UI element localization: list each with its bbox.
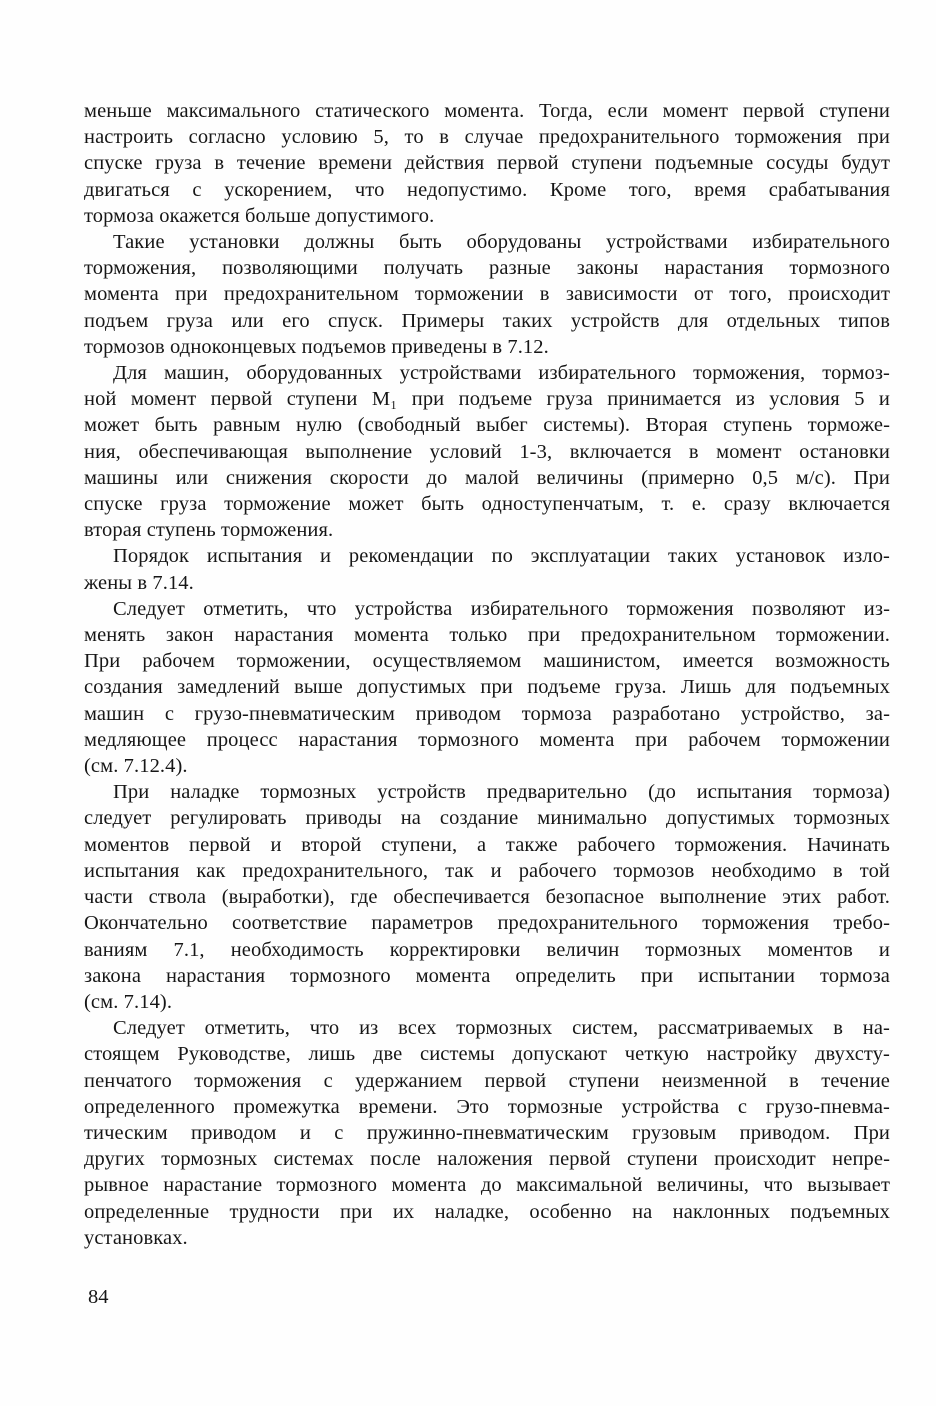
text-line: (см. 7.12.4). bbox=[84, 753, 890, 779]
text-line: тическим приводом и с пружинно-пневматич… bbox=[84, 1120, 890, 1146]
paragraph: Для машин, оборудованных устройствами из… bbox=[84, 360, 890, 543]
text-line: жены в 7.14. bbox=[84, 570, 890, 596]
text-line: Такие установки должны быть оборудованы … bbox=[84, 229, 890, 255]
text-line: спуске груза торможение может быть однос… bbox=[84, 491, 890, 517]
text-line: меньше максимального статического момент… bbox=[84, 98, 890, 124]
text-line: Следует отметить, что из всех тормозных … bbox=[84, 1015, 890, 1041]
text-line: испытания как предохранительного, так и … bbox=[84, 858, 890, 884]
text-line: моментов первой и второй ступени, а такж… bbox=[84, 832, 890, 858]
text-line: ной момент первой ступени M₁ при подъеме… bbox=[84, 386, 890, 412]
text-line: При рабочем торможении, осуществляемом м… bbox=[84, 648, 890, 674]
text-line: ния, обеспечивающая выполнение условий 1… bbox=[84, 439, 890, 465]
text-line: стоящем Руководстве, лишь две системы до… bbox=[84, 1041, 890, 1067]
text-line: момента при предохранительном торможении… bbox=[84, 281, 890, 307]
text-line: пенчатого торможения с удержанием первой… bbox=[84, 1068, 890, 1094]
text-line: установках. bbox=[84, 1225, 890, 1251]
paragraph: Следует отметить, что из всех тормозных … bbox=[84, 1015, 890, 1251]
text-line: Для машин, оборудованных устройствами из… bbox=[84, 360, 890, 386]
scanned-document-page: меньше максимального статического момент… bbox=[0, 0, 936, 1406]
text-line: создания замедлений выше допустимых при … bbox=[84, 674, 890, 700]
text-line: Порядок испытания и рекомендации по эксп… bbox=[84, 543, 890, 569]
paragraph: меньше максимального статического момент… bbox=[84, 98, 890, 229]
paragraph: Следует отметить, что устройства избират… bbox=[84, 596, 890, 779]
text-line: подъем груза или его спуск. Примеры таки… bbox=[84, 308, 890, 334]
text-line: Окончательно соответствие параметров пре… bbox=[84, 910, 890, 936]
text-line: Следует отметить, что устройства избират… bbox=[84, 596, 890, 622]
text-line: настроить согласно условию 5, то в случа… bbox=[84, 124, 890, 150]
text-line: следует регулировать приводы на создание… bbox=[84, 805, 890, 831]
text-line: закона нарастания тормозного момента опр… bbox=[84, 963, 890, 989]
text-line: (см. 7.14). bbox=[84, 989, 890, 1015]
paragraph: Порядок испытания и рекомендации по эксп… bbox=[84, 543, 890, 595]
paragraph: Такие установки должны быть оборудованы … bbox=[84, 229, 890, 360]
text-line: ваниям 7.1, необходимость корректировки … bbox=[84, 937, 890, 963]
text-line: других тормозных системах после наложени… bbox=[84, 1146, 890, 1172]
page-number: 84 bbox=[88, 1284, 109, 1310]
text-line: медляющее процесс нарастания тормозного … bbox=[84, 727, 890, 753]
text-line: машины или снижения скорости до малой ве… bbox=[84, 465, 890, 491]
text-line: спуске груза в течение времени действия … bbox=[84, 150, 890, 176]
text-line: части ствола (выработки), где обеспечива… bbox=[84, 884, 890, 910]
text-line: определенного промежутка времени. Это то… bbox=[84, 1094, 890, 1120]
text-line: может быть равным нулю (свободный выбег … bbox=[84, 412, 890, 438]
text-block: меньше максимального статического момент… bbox=[84, 98, 890, 1251]
text-line: машин с грузо-пневматическим приводом то… bbox=[84, 701, 890, 727]
text-line: рывное нарастание тормозного момента до … bbox=[84, 1172, 890, 1198]
text-line: менять закон нарастания момента только п… bbox=[84, 622, 890, 648]
text-line: определенные трудности при их наладке, о… bbox=[84, 1199, 890, 1225]
text-line: торможения, позволяющими получать разные… bbox=[84, 255, 890, 281]
text-line: тормоза окажется больше допустимого. bbox=[84, 203, 890, 229]
text-line: тормозов одноконцевых подъемов приведены… bbox=[84, 334, 890, 360]
text-line: вторая ступень торможения. bbox=[84, 517, 890, 543]
paragraph: При наладке тормозных устройств предвари… bbox=[84, 779, 890, 1015]
text-line: При наладке тормозных устройств предвари… bbox=[84, 779, 890, 805]
text-line: двигаться с ускорением, что недопустимо.… bbox=[84, 177, 890, 203]
